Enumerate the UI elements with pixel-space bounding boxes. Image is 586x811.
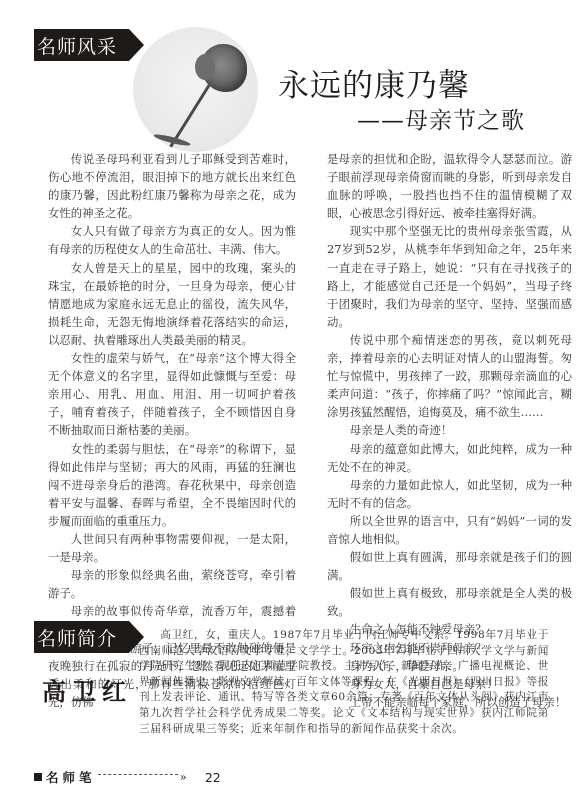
section-badge: 名师风采 <box>34 29 129 61</box>
double-chevron-right-icon: » <box>180 770 187 784</box>
teacher-name: 高卫红 <box>42 672 132 707</box>
square-bullet-icon <box>34 773 42 781</box>
paragraph: 传说圣母玛利亚看到儿子耶稣受到苦难时，伤心地不停流泪，眼泪掉下的地方就长出来红色… <box>48 150 296 222</box>
carnation-flower-icon <box>201 44 247 92</box>
paragraph: 传说中那个痴情迷恋的男孩，竟以刺死母亲，捧着母亲的心去明证对情人的山盟海誓。匆忙… <box>327 331 572 421</box>
dotted-leader <box>98 774 178 775</box>
paragraph: 女性的柔弱与胆怯，在“母亲”的称谓下，显得如此伟岸与坚韧；再大的风雨，再猛的狂澜… <box>48 440 296 530</box>
article-subtitle: ——母亲节之歌 <box>357 102 525 135</box>
carnation-image <box>133 27 258 152</box>
article-title: 永远的康乃馨 <box>278 60 470 105</box>
page-number: 22 <box>205 770 221 785</box>
bio-text: 高卫红，女，重庆人。1987年7月毕业于内江师专中文系。1998年7月毕业于西南… <box>139 628 549 737</box>
paragraph: 假如世上真有圆满，那母亲就是孩子们的圆满。 <box>327 548 572 584</box>
paragraph: 女人曾是天上的星星，园中的玫瑰，案头的珠宝，在最娇艳的时分，一旦身为母亲，便心甘… <box>48 259 296 349</box>
paragraph: 女性的虚荣与娇气，在“母亲”这个博大得全无个体意义的名字里，显得如此慷慨与至爱：… <box>48 349 296 439</box>
article-column-right: 是母亲的担忧和企盼，温软得令人瑟瑟而泣。游子眼前浮现母亲倚窗而眺的身影，听到母亲… <box>327 150 572 711</box>
bio-badge-label: 名师简介 <box>37 624 117 651</box>
bio-paragraph: 高卫红，女，重庆人。1987年7月毕业于内江师专中文系。1998年7月毕业于西南… <box>139 628 549 737</box>
paragraph: 人世间只有两种事物需要仰视，一是太阳，一是母亲。 <box>48 530 296 566</box>
paragraph: 现实中那个坚强无比的贵州母亲张雪霞，从27岁到52岁，从桃李年华到知命之年，25… <box>327 222 572 331</box>
magazine-name: 名师笔 <box>46 768 96 786</box>
paragraph: 假如世上真有极致，那母亲就是全人类的极致。 <box>327 584 572 620</box>
paragraph: 母亲的蕴意如此博大，如此纯粹，成为一种无处不在的神灵。 <box>327 440 572 476</box>
paragraph: 母亲的力量如此惊人，如此坚韧，成为一种无时不有的信念。 <box>327 476 572 512</box>
section-badge-label: 名师风采 <box>37 32 117 59</box>
paragraph: 母亲是人类的奇迹！ <box>327 421 572 439</box>
paragraph: 女人只有做了母亲方为真正的女人。因为惟有母亲的历程使女人的生命茁壮、丰满、伟大。 <box>48 222 296 258</box>
bio-badge: 名师简介 <box>34 621 129 653</box>
paragraph-continued: 是母亲的担忧和企盼，温软得令人瑟瑟而泣。游子眼前浮现母亲倚窗而眺的身影，听到母亲… <box>327 150 572 222</box>
page-footer: 名师笔 » 22 <box>34 768 221 786</box>
paragraph: 母亲的形象似经典名曲，萦绕苍穹，牵引着游子。 <box>48 566 296 602</box>
paragraph: 所以全世界的语言中，只有“妈妈”一词的发音惊人地相似。 <box>327 512 572 548</box>
